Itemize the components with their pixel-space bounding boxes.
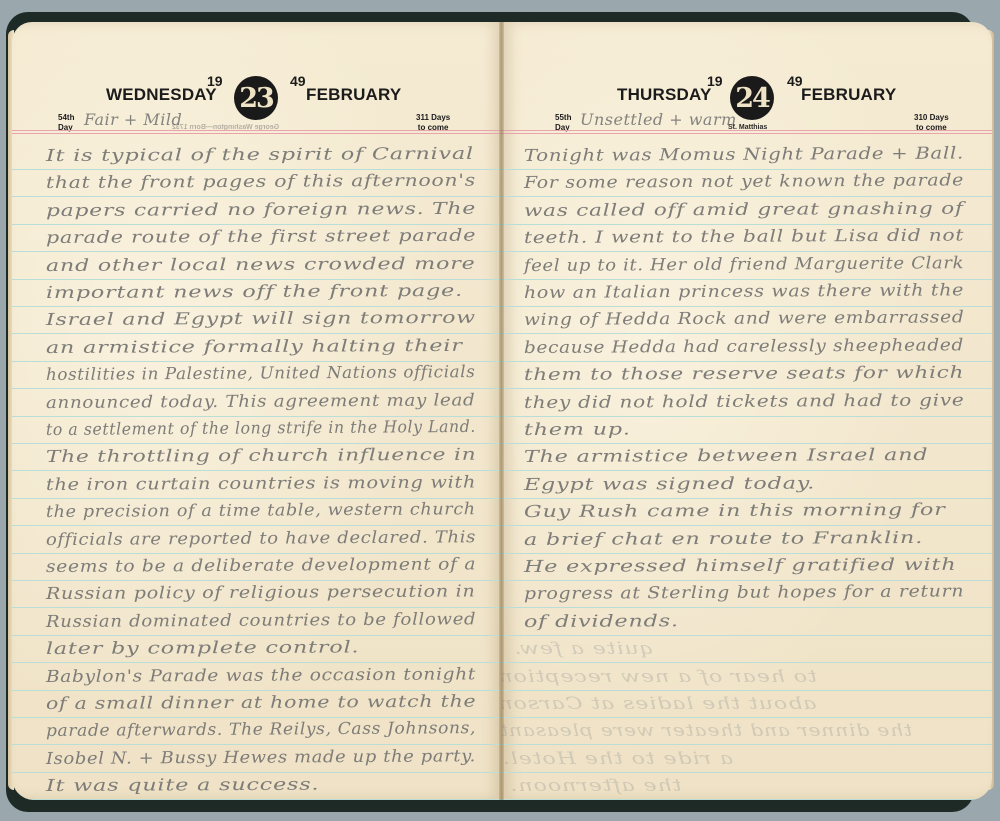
red-margin-rule [502, 130, 992, 131]
year-suffix: 49 [290, 73, 306, 89]
days-remaining-label: to come [416, 123, 450, 133]
handwritten-line: progress at Sterling but hopes for a ret… [524, 582, 964, 604]
page-header: WEDNESDAY 19 23 49 FEBRUARY 54th Day Fai… [12, 22, 502, 142]
ruled-line [12, 525, 502, 526]
handwritten-line: they did not hold tickets and had to giv… [524, 390, 965, 412]
handwritten-line: Russian policy of religious persecution … [46, 582, 476, 604]
handwritten-line: wing of Hedda Rock and were embarrassed [524, 308, 965, 330]
handwritten-line: The armistice between Israel and [524, 445, 929, 466]
ruled-line [502, 279, 992, 280]
handwritten-line: parade route of the first street parade [46, 226, 476, 247]
handwritten-line: It was quite a success. [46, 775, 320, 795]
ruled-line [502, 607, 992, 608]
handwritten-line: to a settlement of the long strife in th… [46, 417, 476, 439]
bleedthrough-line: quite a few. [514, 639, 654, 658]
ruled-line [12, 224, 502, 225]
ruled-line [502, 525, 992, 526]
day-of-year-label: Day [58, 123, 74, 133]
ruled-line [502, 744, 992, 745]
handwritten-line: of a small dinner at home to watch the [46, 692, 477, 713]
year-prefix: 19 [207, 73, 223, 89]
red-margin-rule [12, 133, 502, 134]
ruled-line [502, 416, 992, 417]
ruled-line [12, 690, 502, 691]
handwritten-line: officials are reported to have declared.… [46, 527, 476, 549]
handwritten-line: He expressed himself gratified with [524, 555, 957, 576]
ruled-line [12, 306, 502, 307]
bleedthrough-line: the dinner and theater were pleasant. [502, 721, 912, 740]
handwritten-line: Israel and Egypt will sign tomorrow [46, 308, 476, 329]
weather-note: Unsettled + warm [580, 110, 737, 129]
ruled-line [12, 279, 502, 280]
handwritten-line: that the front pages of this afternoon's [46, 171, 476, 192]
ruled-line [502, 333, 992, 334]
day-of-year-number: 54th [58, 113, 74, 123]
handwritten-line: the precision of a time table, western c… [46, 499, 476, 521]
days-remaining-count: 311 Days [416, 113, 450, 123]
ruled-line [502, 443, 992, 444]
ruled-line [12, 388, 502, 389]
red-margin-rule [12, 130, 502, 131]
diary-page-right: THURSDAY 19 24 49 FEBRUARY 55th Day Unse… [502, 22, 992, 800]
handwritten-line: The throttling of church influence in [46, 445, 477, 466]
handwritten-line: later by complete control. [46, 638, 360, 659]
handwritten-line: was called off amid great gnashing of [524, 198, 964, 219]
ruled-line [502, 498, 992, 499]
ruled-line [12, 635, 502, 636]
ruled-line [502, 196, 992, 197]
date-badge: 23 [234, 76, 278, 120]
ruled-line [502, 635, 992, 636]
handwritten-line: Guy Rush came in this morning for [524, 500, 946, 521]
ruled-line [502, 388, 992, 389]
bleedthrough-line: to hear of a new reception. [502, 667, 817, 686]
handwritten-line: an armistice formally halting their [46, 336, 463, 357]
days-remaining-label: to come [914, 123, 949, 133]
handwritten-line: Isobel N. + Bussy Hewes made up the part… [46, 746, 476, 768]
handwritten-line: important news off the front page. [46, 281, 463, 302]
ruled-line [12, 333, 502, 334]
ruled-line [502, 470, 992, 471]
handwritten-line: Tonight was Momus Night Parade + Ball. [524, 143, 964, 165]
ruled-line [502, 662, 992, 663]
handwritten-line: how an Italian princess was there with t… [524, 280, 964, 302]
ruled-line [502, 251, 992, 252]
handwritten-line: Babylon's Parade was the occasion tonigh… [46, 664, 476, 686]
handwritten-line: a brief chat en route to Franklin. [524, 528, 923, 549]
bleedthrough-line: a ride to the Hotel. [502, 749, 733, 768]
weekday-label: WEDNESDAY [106, 85, 217, 105]
ruled-line [12, 607, 502, 608]
year-prefix: 19 [707, 73, 723, 89]
page-header: THURSDAY 19 24 49 FEBRUARY 55th Day Unse… [502, 22, 992, 142]
day-of-year-label: Day [555, 123, 571, 133]
handwritten-line: them up. [524, 419, 631, 439]
day-of-year-number: 55th [555, 113, 571, 123]
handwritten-line: teeth. I went to the ball but Lisa did n… [524, 226, 964, 248]
handwritten-line: them to those reserve seats for which [524, 363, 964, 384]
ruled-line [502, 799, 992, 800]
handwritten-line: of dividends. [524, 611, 679, 631]
handwritten-line: parade afterwards. The Reilys, Cass John… [46, 718, 476, 740]
ruled-line [12, 196, 502, 197]
ruled-line [12, 662, 502, 663]
red-margin-rule [502, 133, 992, 134]
handwritten-line: announced today. This agreement may lead [46, 390, 476, 412]
ruled-line [12, 553, 502, 554]
ruled-line [12, 443, 502, 444]
ruled-line [12, 470, 502, 471]
ruled-line [502, 772, 992, 773]
month-label: FEBRUARY [306, 85, 401, 105]
days-remaining-count: 310 Days [914, 113, 949, 123]
handwritten-line: Russian dominated countries to be follow… [46, 609, 476, 631]
handwritten-line: because Hedda had carelessly sheepheaded [524, 335, 964, 357]
ruled-line [12, 772, 502, 773]
ruled-line [502, 690, 992, 691]
ruled-line [12, 251, 502, 252]
handwritten-line: seems to be a deliberate development of … [46, 554, 476, 576]
ruled-line [502, 224, 992, 225]
weather-note: Fair + Mild [84, 110, 182, 129]
diary-page-left: WEDNESDAY 19 23 49 FEBRUARY 54th Day Fai… [12, 22, 502, 800]
bleedthrough-line: about the ladies at Carson. [502, 694, 816, 713]
ruled-line [502, 553, 992, 554]
handwritten-line: and other local news crowded more [46, 253, 476, 274]
ruled-line [12, 799, 502, 800]
weekday-label: THURSDAY [617, 85, 712, 105]
ruled-line [12, 744, 502, 745]
handwritten-line: It is typical of the spirit of Carnival [46, 144, 474, 165]
handwritten-line: hostilities in Palestine, United Nations… [46, 362, 476, 384]
handwritten-line: For some reason not yet known the parade [524, 171, 964, 193]
month-label: FEBRUARY [801, 85, 896, 105]
handwritten-line: feel up to it. Her old friend Marguerite… [524, 253, 964, 275]
handwritten-line: Egypt was signed today. [524, 473, 815, 494]
ruled-line [502, 717, 992, 718]
handwritten-line: the iron curtain countries is moving wit… [46, 472, 476, 494]
ruled-line [502, 361, 992, 362]
handwritten-line: papers carried no foreign news. The [46, 199, 476, 220]
book-gutter [499, 22, 504, 800]
bleedthrough-line: the afternoon. [510, 776, 682, 795]
